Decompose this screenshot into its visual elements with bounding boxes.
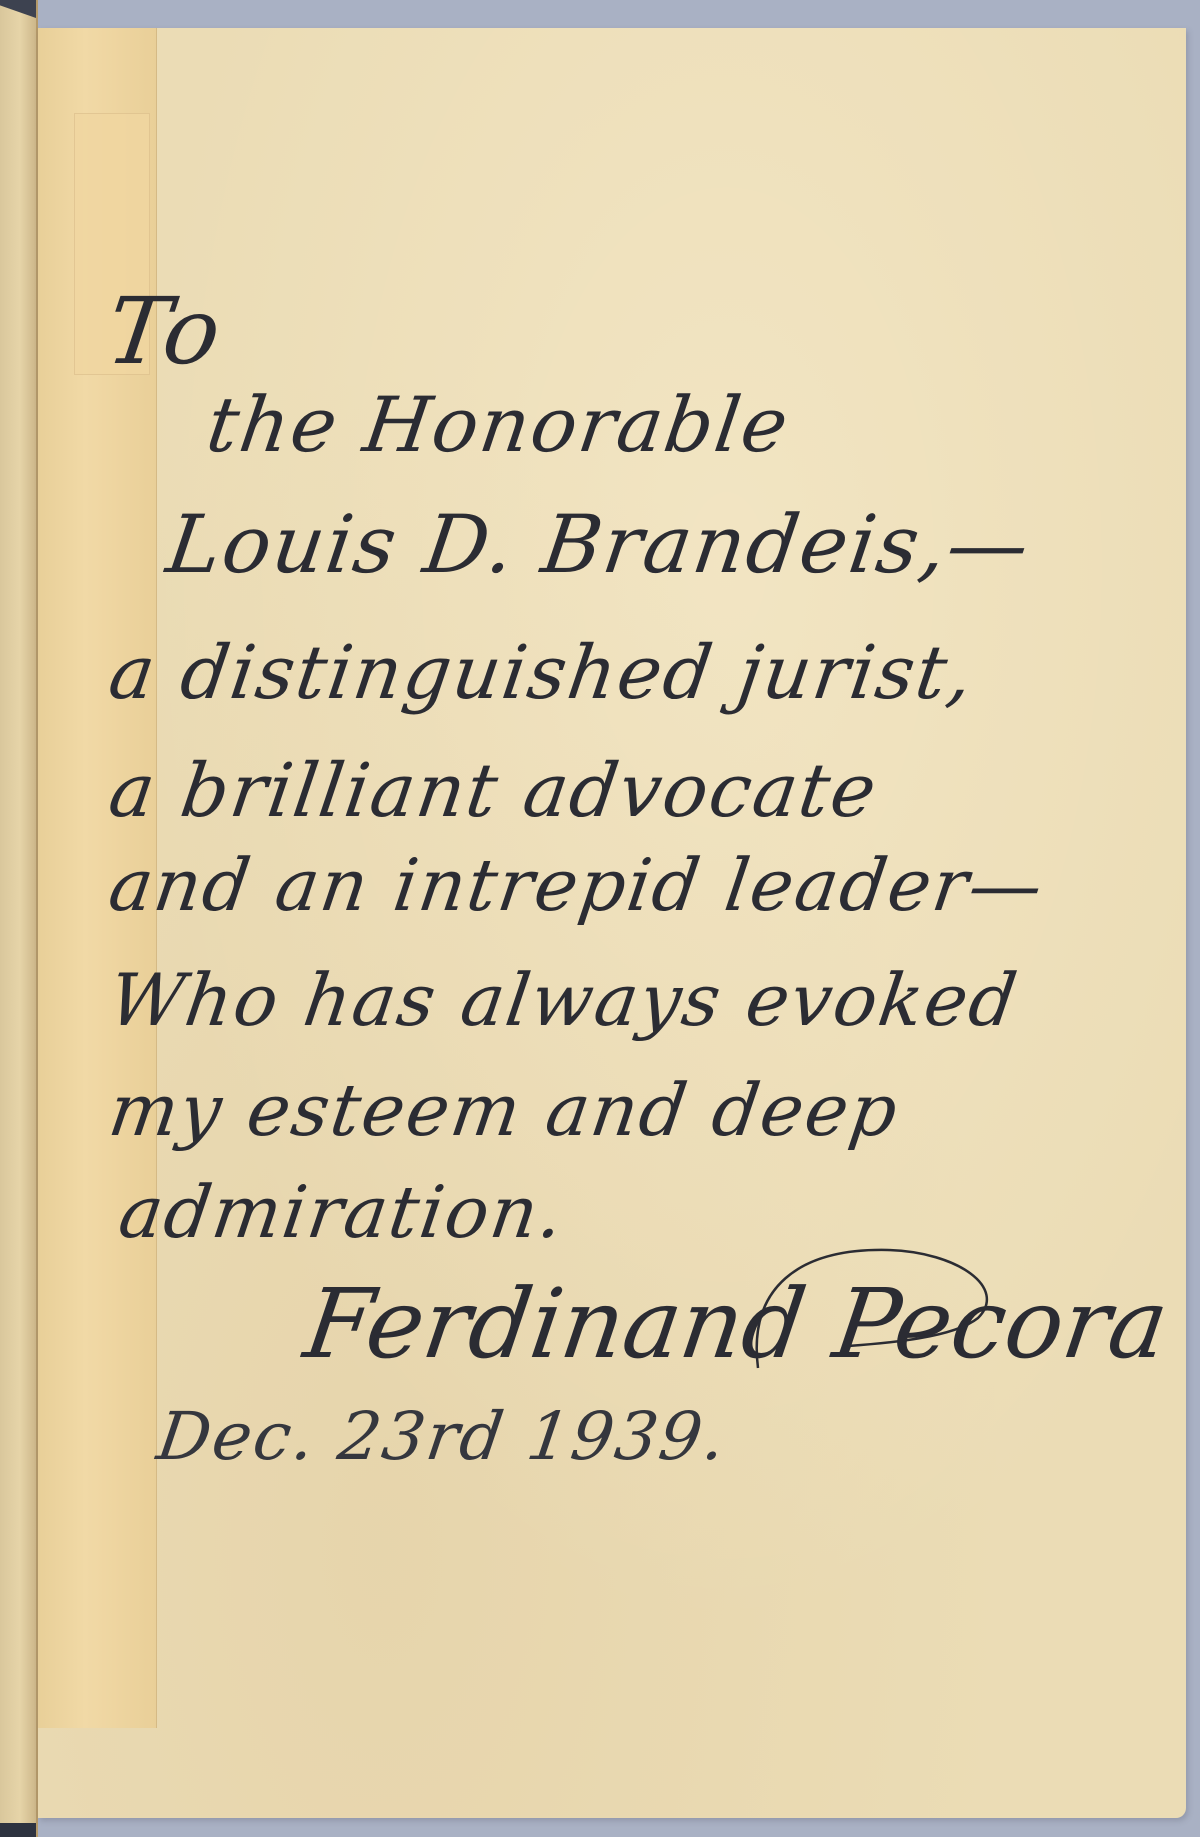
inscription-line-evoked: Who has always evoked — [104, 958, 1024, 1042]
inscription-date: Dec. 23rd 1939. — [153, 1398, 732, 1475]
inscription-line-salutation: To — [100, 278, 229, 385]
inscription-line-esteem: my esteem and deep — [104, 1068, 904, 1152]
handwritten-inscription: To the Honorable Louis D. Brandeis,— a d… — [38, 28, 1186, 1818]
inscription-line-leader: and an intrepid leader— — [104, 843, 1049, 927]
inscription-line-advocate: a brilliant advocate — [104, 748, 883, 834]
book-cover-corner-bottom — [0, 1823, 36, 1837]
signature: Ferdinand Pecora — [298, 1268, 1175, 1380]
flyleaf-page: To the Honorable Louis D. Brandeis,— a d… — [38, 28, 1186, 1818]
book-board-edge — [0, 0, 38, 1837]
inscription-line-recipient: Louis D. Brandeis,— — [161, 498, 1036, 591]
inscription-line-admiration: admiration. — [114, 1170, 570, 1254]
signature-flourish — [738, 1228, 1038, 1388]
inscription-line-jurist: a distinguished jurist, — [104, 630, 980, 716]
inscription-line-honorific: the Honorable — [202, 380, 795, 469]
